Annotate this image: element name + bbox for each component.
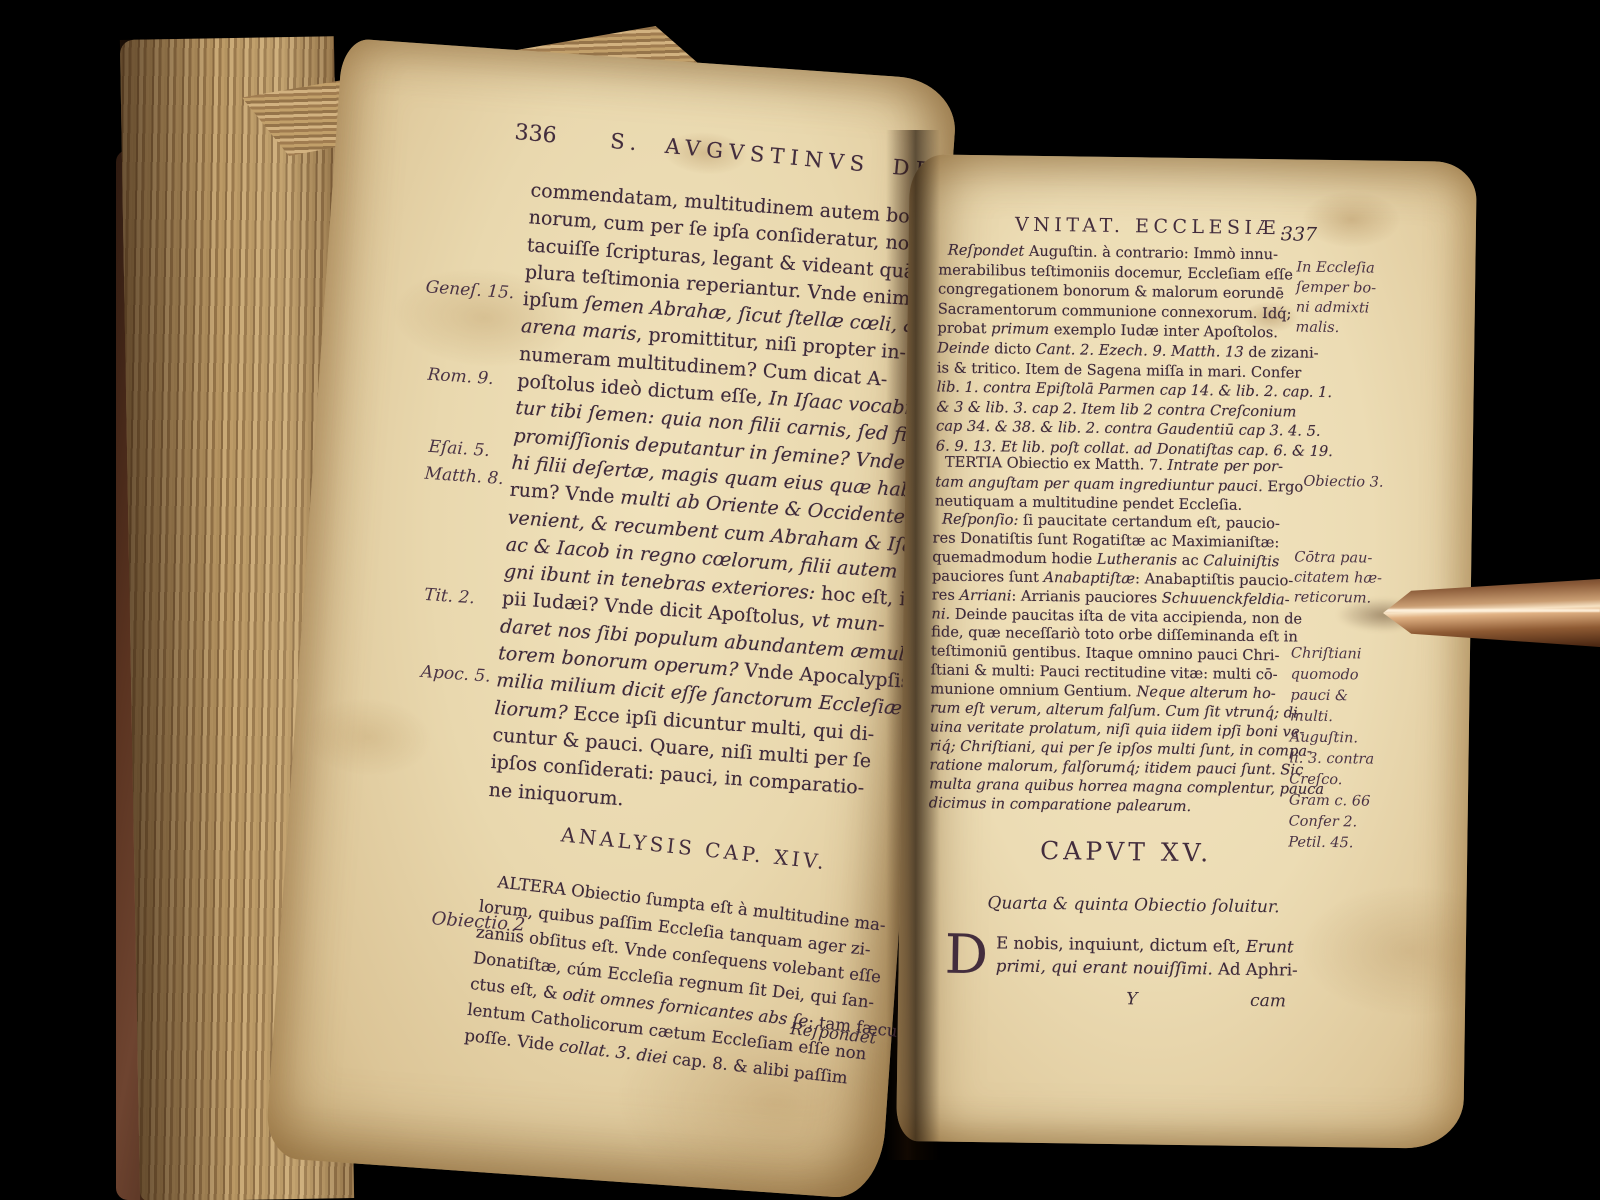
closing-lines: E nobis, inquiunt, dictum eſt, Eruntprim… [944, 931, 1295, 982]
margin-note-in-ecclesia: In Eccleſia ſemper bo- ni admixti malis. [1295, 257, 1376, 338]
closing-paragraph: D E nobis, inquiunt, dictum eſt, Eruntpr… [944, 931, 1295, 982]
chapter-heading: CAPVT XV. [958, 835, 1294, 869]
margin-note-apocalypse: Apoc. 5. [420, 662, 491, 687]
right-running-header: VNITAT. ECCLESIÆ. [1015, 214, 1301, 240]
book-photo: 336S. AVGVSTINVS DE commendatam, multitu… [0, 0, 1600, 1200]
left-page: 336S. AVGVSTINVS DE commendatam, multitu… [265, 38, 959, 1200]
respondet-paragraph: Reſpondet Auguſtin. à contrario: Immò in… [936, 241, 1299, 462]
text-line: primi, qui erant nouiſſimi. Ad Aphri- [944, 954, 1294, 982]
margin-note-genesis: Geneſ. 15. [425, 277, 515, 303]
margin-note-christiani: Chriſtiani quomodo pauci & multi. Auguſt… [1288, 643, 1375, 854]
margin-note-isaiah: Eſai. 5. [428, 437, 491, 461]
right-page-number: 337 [1281, 223, 1318, 246]
tertia-obiectio-paragraph: TERTIA Obiectio ex Matth. 7. Intrate per… [935, 452, 1296, 516]
margin-note-obiectio-3: Obiectio 3. [1303, 472, 1383, 493]
margin-note-romans: Rom. 9. [427, 365, 494, 390]
right-page: VNITAT. ECCLESIÆ. 337 Reſpondet Auguſtin… [896, 154, 1477, 1149]
drop-cap: D [944, 933, 988, 978]
margin-note-titus: Tit. 2. [424, 585, 476, 608]
chapter-subtitle: Quarta & quinta Obiectio ſoluitur. [987, 893, 1279, 917]
signature-mark: Y [1126, 989, 1138, 1009]
left-main-text: commendatam, multitudinem autem bo-norum… [488, 177, 935, 831]
left-running-header: S. AVGVSTINVS DE [609, 129, 937, 183]
left-page-number: 336 [514, 120, 558, 149]
left-page-header: 336S. AVGVSTINVS DE [514, 119, 974, 187]
right-catchword: cam [1250, 991, 1286, 1011]
responsio-paragraph: Reſponſio: ſi paucitate certandum eſt, p… [929, 510, 1295, 818]
margin-note-matthew: Matth. 8. [424, 464, 504, 489]
analysis-paragraph: ALTERA Obiectio ſumpta eſt à multitudine… [463, 868, 911, 1097]
